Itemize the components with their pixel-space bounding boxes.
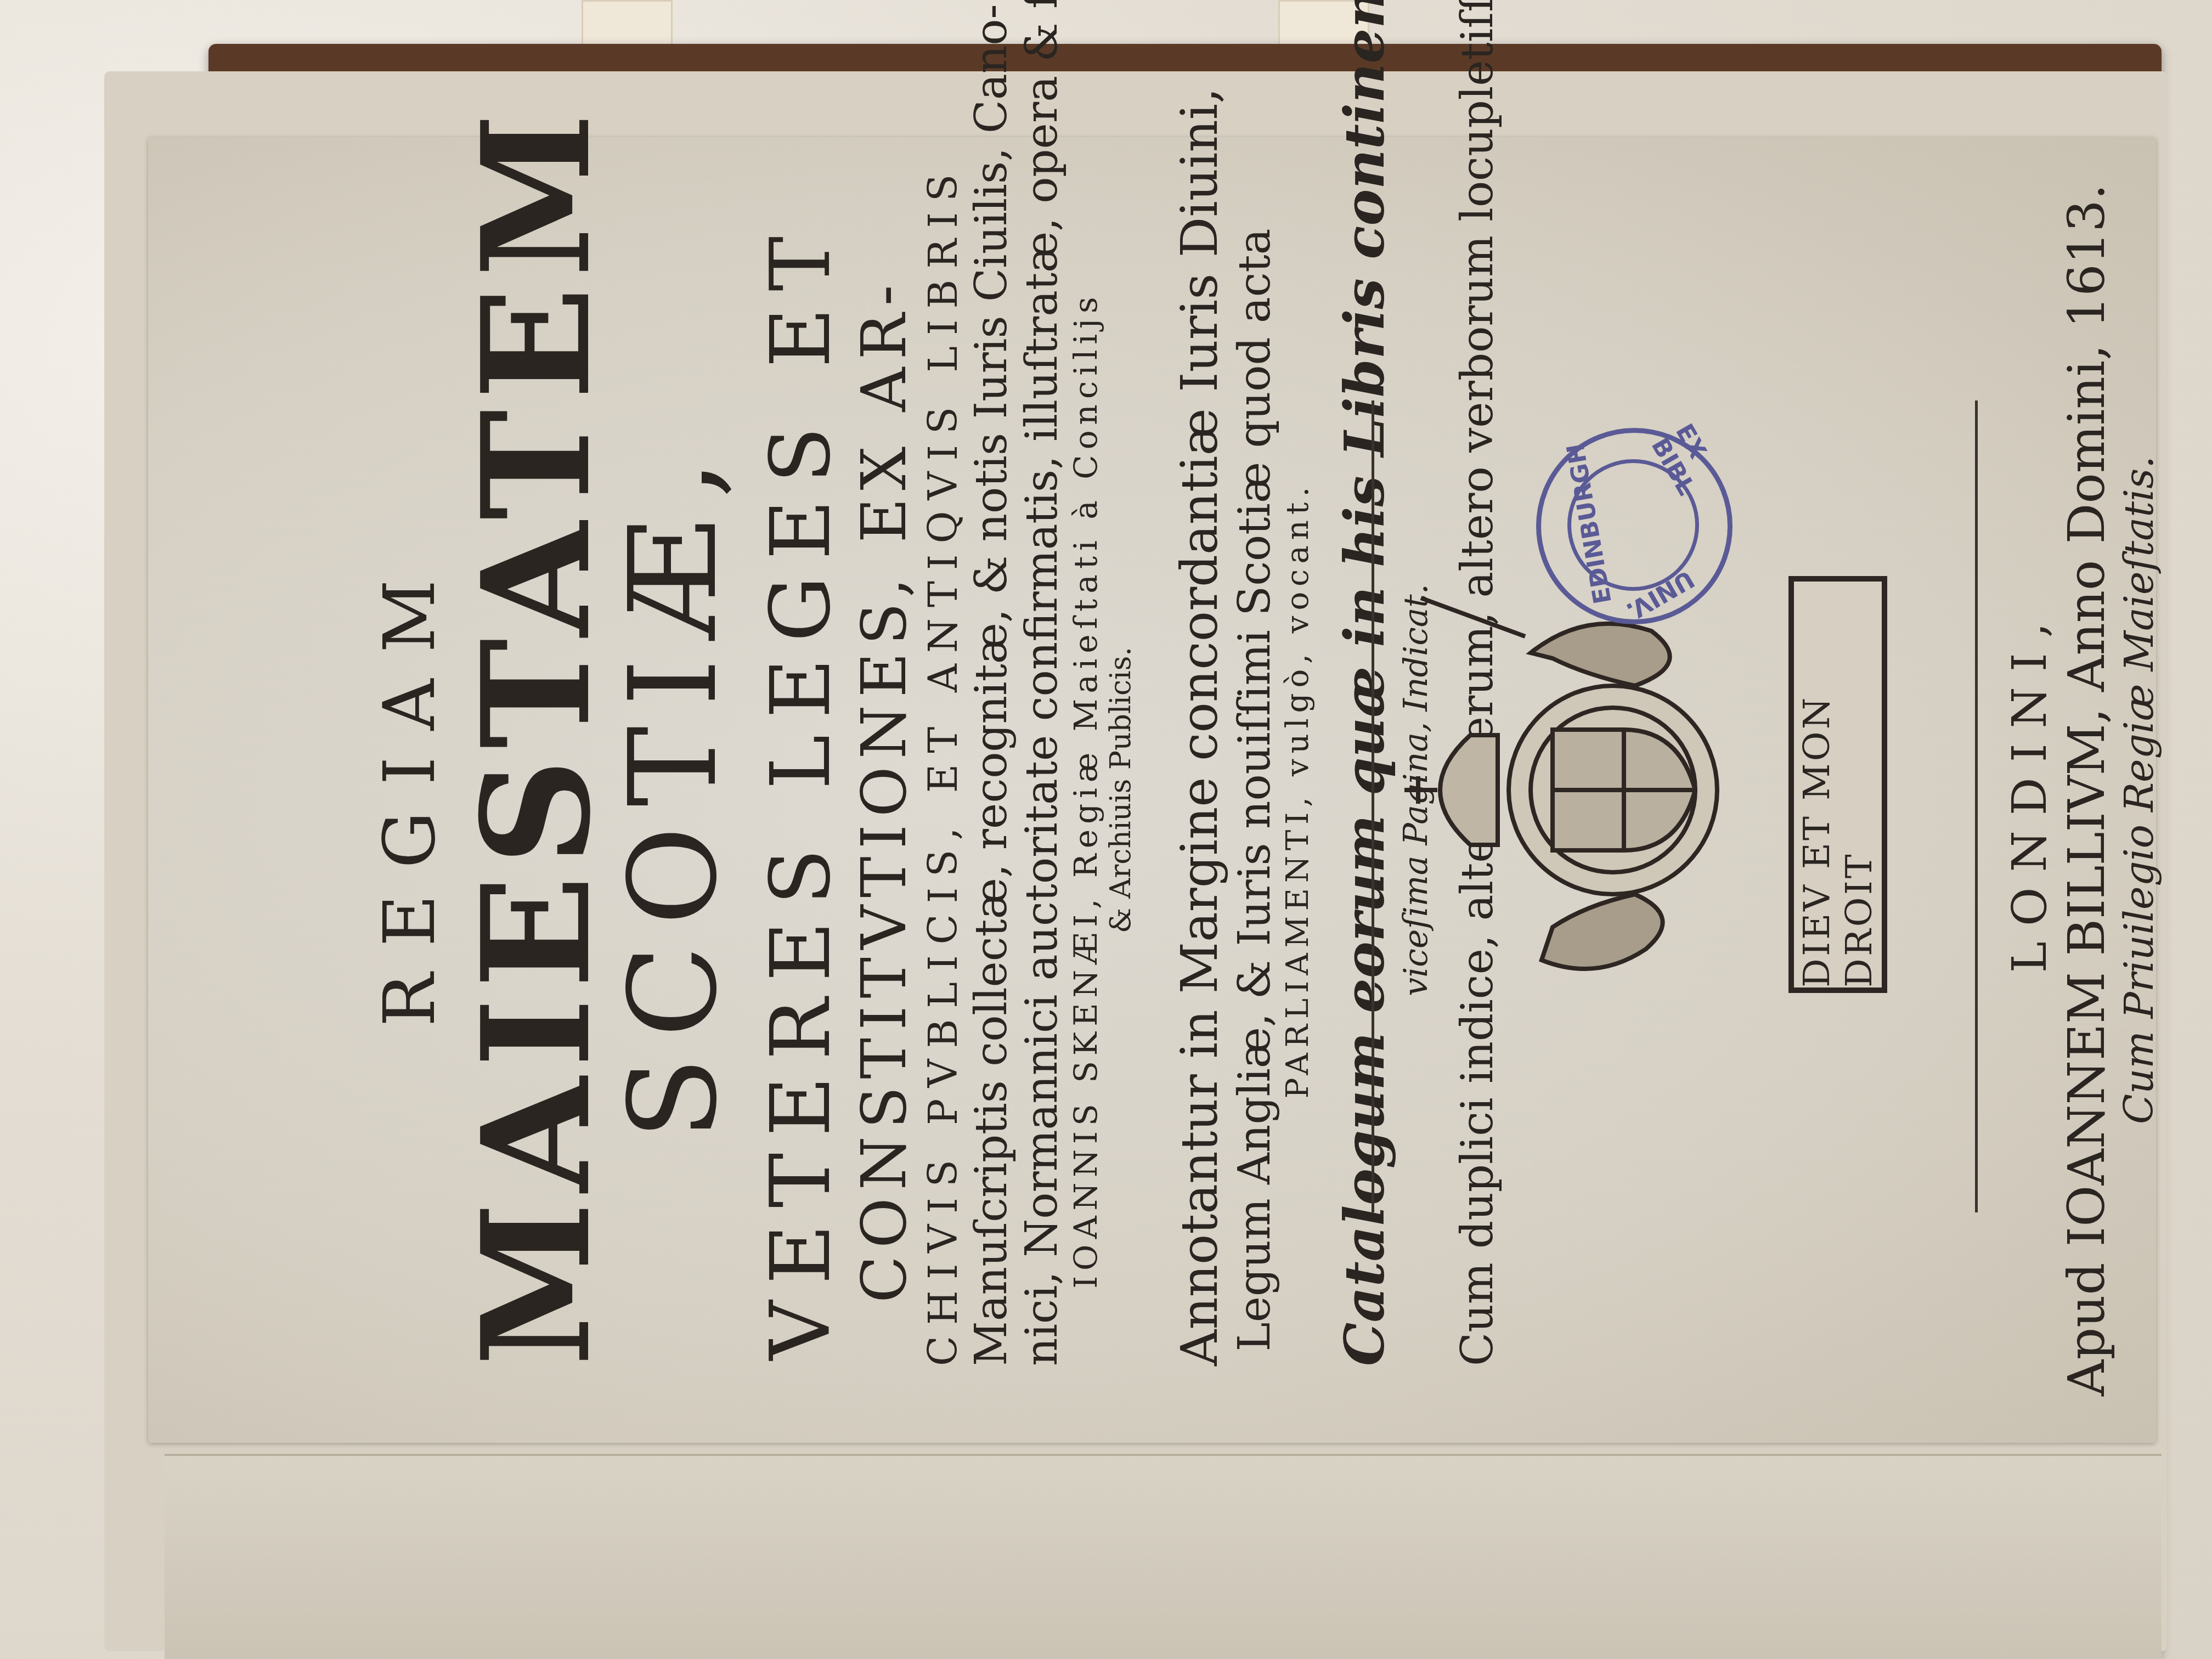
subtitle-line-1: VETERES LEGES ET xyxy=(753,214,849,1366)
coat-of-arms-icon xyxy=(1388,587,1783,993)
subtitle-line-4: Manuſcriptis collectæ, recognitæ, & noti… xyxy=(966,214,1017,1366)
library-stamp: EX BIBL UNIV. EDINBURGH xyxy=(1536,428,1733,624)
royal-coat-of-arms: DIEV ET MON DROIT xyxy=(1388,587,1838,993)
subtitle-line-2: CONSTITVTIONES, EX AR- xyxy=(849,214,920,1366)
motto-scroll: DIEV ET MON DROIT xyxy=(1788,576,1887,993)
subtitle-line-5: nici, Normannici auctoritate confirmatis… xyxy=(1017,214,1067,1366)
annotation-line-3: PARLIAMENTI, vulgò, vocant. xyxy=(1280,214,1316,1366)
subtitle-line-7: & Archiuis Publicis. xyxy=(1104,214,1137,1366)
imprint-privilege: Cum Priuilegio Regiæ Maieſtatis. xyxy=(2116,137,2162,1443)
annotation-line-2: Legum Angliæ, & Iuris nouiſſimi Scotiæ q… xyxy=(1229,214,1280,1366)
endpaper xyxy=(165,1454,2162,1659)
title-line-2: MAIESTATEM xyxy=(462,214,610,1366)
title-line-1: REGIAM xyxy=(368,214,451,1366)
imprint-city: LONDINI, xyxy=(2002,137,2057,1443)
title-page-text: REGIAM MAIESTATEM SCOTIÆ, VETERES LEGES … xyxy=(148,137,2156,1443)
subtitle-line-6: IOANNIS SKENÆI, Regiæ Maieſtati à Concil… xyxy=(1067,214,1104,1366)
motto-text: DIEV ET MON DROIT xyxy=(1796,582,1880,988)
annotation-line-1: Annotantur in Margine concordantiæ Iuris… xyxy=(1170,214,1229,1366)
imprint-printer: Apud IOANNEM BILLIVM, Anno Domini, 1613. xyxy=(2057,137,2116,1443)
catalog-line-1: Catalogum eorum quæ in his Libris contin… xyxy=(1332,214,1397,1366)
title-line-3: SCOTIÆ, xyxy=(610,214,737,1366)
subtitle-line-3: CHIVIS PVBLICIS, ET ANTIQVIS LIBRIS xyxy=(920,214,966,1366)
divider-rule xyxy=(1372,400,1374,1212)
divider-rule xyxy=(1975,400,1978,1212)
